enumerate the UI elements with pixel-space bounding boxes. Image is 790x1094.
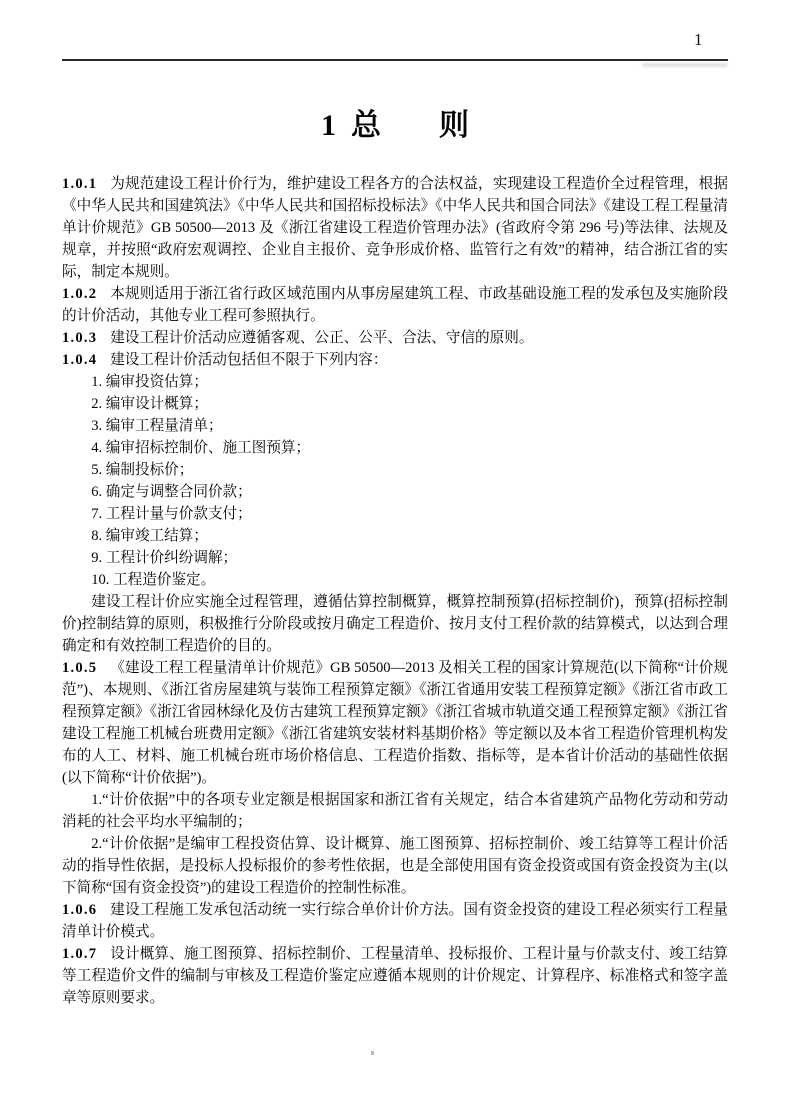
page-number: 1 bbox=[694, 30, 703, 50]
document-page: 1 1 总 则 1.0.1为规范建设工程计价行为，维护建设工程各方的合法权益，实… bbox=[0, 0, 790, 1094]
section-1-0-5-sub-item-1: 1.“计价依据”中的各项专业定额是根据国家和浙江省有关规定，结合本省建筑产品物化… bbox=[62, 789, 728, 833]
list-item-10: 10. 工程造价鉴定。 bbox=[62, 569, 728, 591]
section-1-0-2-text: 本规则适用于浙江省行政区域范围内从事房屋建筑工程、市政基础设施工程的发承包及实施… bbox=[62, 286, 728, 324]
section-1-0-2-label: 1.0.2 bbox=[62, 286, 97, 302]
section-1-0-7-label: 1.0.7 bbox=[62, 946, 97, 962]
section-1-0-2: 1.0.2本规则适用于浙江省行政区域范围内从事房屋建筑工程、市政基础设施工程的发… bbox=[62, 283, 728, 327]
header-rule bbox=[62, 59, 728, 61]
section-1-0-4: 1.0.4建设工程计价活动包括但不限于下列内容： bbox=[62, 349, 728, 371]
scan-smudge bbox=[642, 63, 728, 67]
section-1-0-5-label: 1.0.5 bbox=[62, 660, 97, 676]
chapter-number: 1 bbox=[321, 109, 336, 143]
section-1-0-3: 1.0.3建设工程计价活动应遵循客观、公正、公平、合法、守信的原则。 bbox=[62, 327, 728, 349]
section-1-0-6-text: 建设工程施工发承包活动统一实行综合单价计价方法。国有资金投资的建设工程必须实行工… bbox=[62, 902, 728, 940]
section-1-0-7: 1.0.7设计概算、施工图预算、招标控制价、工程量清单、投标报价、工程计量与价款… bbox=[62, 943, 728, 1009]
chapter-title: 1 总 则 bbox=[62, 100, 728, 144]
list-item-4: 4. 编审招标控制价、施工图预算； bbox=[62, 437, 728, 459]
section-1-0-6: 1.0.6建设工程施工发承包活动统一实行综合单价计价方法。国有资金投资的建设工程… bbox=[62, 899, 728, 943]
list-item-1: 1. 编审投资估算； bbox=[62, 371, 728, 393]
section-1-0-5: 1.0.5《建设工程工程量清单计价规范》GB 50500—2013 及相关工程的… bbox=[62, 657, 728, 789]
section-1-0-1: 1.0.1为规范建设工程计价行为，维护建设工程各方的合法权益，实现建设工程造价全… bbox=[62, 173, 728, 283]
section-1-0-3-label: 1.0.3 bbox=[62, 330, 97, 346]
list-item-5: 5. 编制投标价； bbox=[62, 459, 728, 481]
section-1-0-4-label: 1.0.4 bbox=[62, 352, 97, 368]
section-1-0-5-sub-item-2: 2.“计价依据”是编审工程投资估算、设计概算、施工图预算、招标控制价、竣工结算等… bbox=[62, 833, 728, 899]
section-1-0-4-closing-paragraph: 建设工程计价应实施全过程管理，遵循估算控制概算，概算控制预算(招标控制价)，预算… bbox=[62, 591, 728, 657]
list-item-2: 2. 编审设计概算； bbox=[62, 393, 728, 415]
section-1-0-7-text: 设计概算、施工图预算、招标控制价、工程量清单、投标报价、工程计量与价款支付、竣工… bbox=[62, 946, 728, 1006]
chapter-title-char-2: 则 bbox=[439, 100, 469, 144]
scan-artifact-dot bbox=[371, 1051, 374, 1055]
section-1-0-6-label: 1.0.6 bbox=[62, 902, 97, 918]
section-1-0-3-text: 建设工程计价活动应遵循客观、公正、公平、合法、守信的原则。 bbox=[110, 330, 533, 346]
section-1-0-4-text: 建设工程计价活动包括但不限于下列内容： bbox=[110, 352, 387, 368]
document-body: 1.0.1为规范建设工程计价行为，维护建设工程各方的合法权益，实现建设工程造价全… bbox=[62, 173, 728, 1009]
section-1-0-1-text: 为规范建设工程计价行为，维护建设工程各方的合法权益，实现建设工程造价全过程管理，… bbox=[62, 176, 728, 280]
list-item-3: 3. 编审工程量清单； bbox=[62, 415, 728, 437]
list-item-7: 7. 工程计量与价款支付； bbox=[62, 503, 728, 525]
section-1-0-5-text: 《建设工程工程量清单计价规范》GB 50500—2013 及相关工程的国家计算规… bbox=[62, 660, 728, 786]
list-item-8: 8. 编审竣工结算； bbox=[62, 525, 728, 547]
list-item-9: 9. 工程计价纠纷调解； bbox=[62, 547, 728, 569]
list-item-6: 6. 确定与调整合同价款； bbox=[62, 481, 728, 503]
section-1-0-1-label: 1.0.1 bbox=[62, 176, 97, 192]
chapter-title-char-1: 总 bbox=[351, 100, 381, 144]
